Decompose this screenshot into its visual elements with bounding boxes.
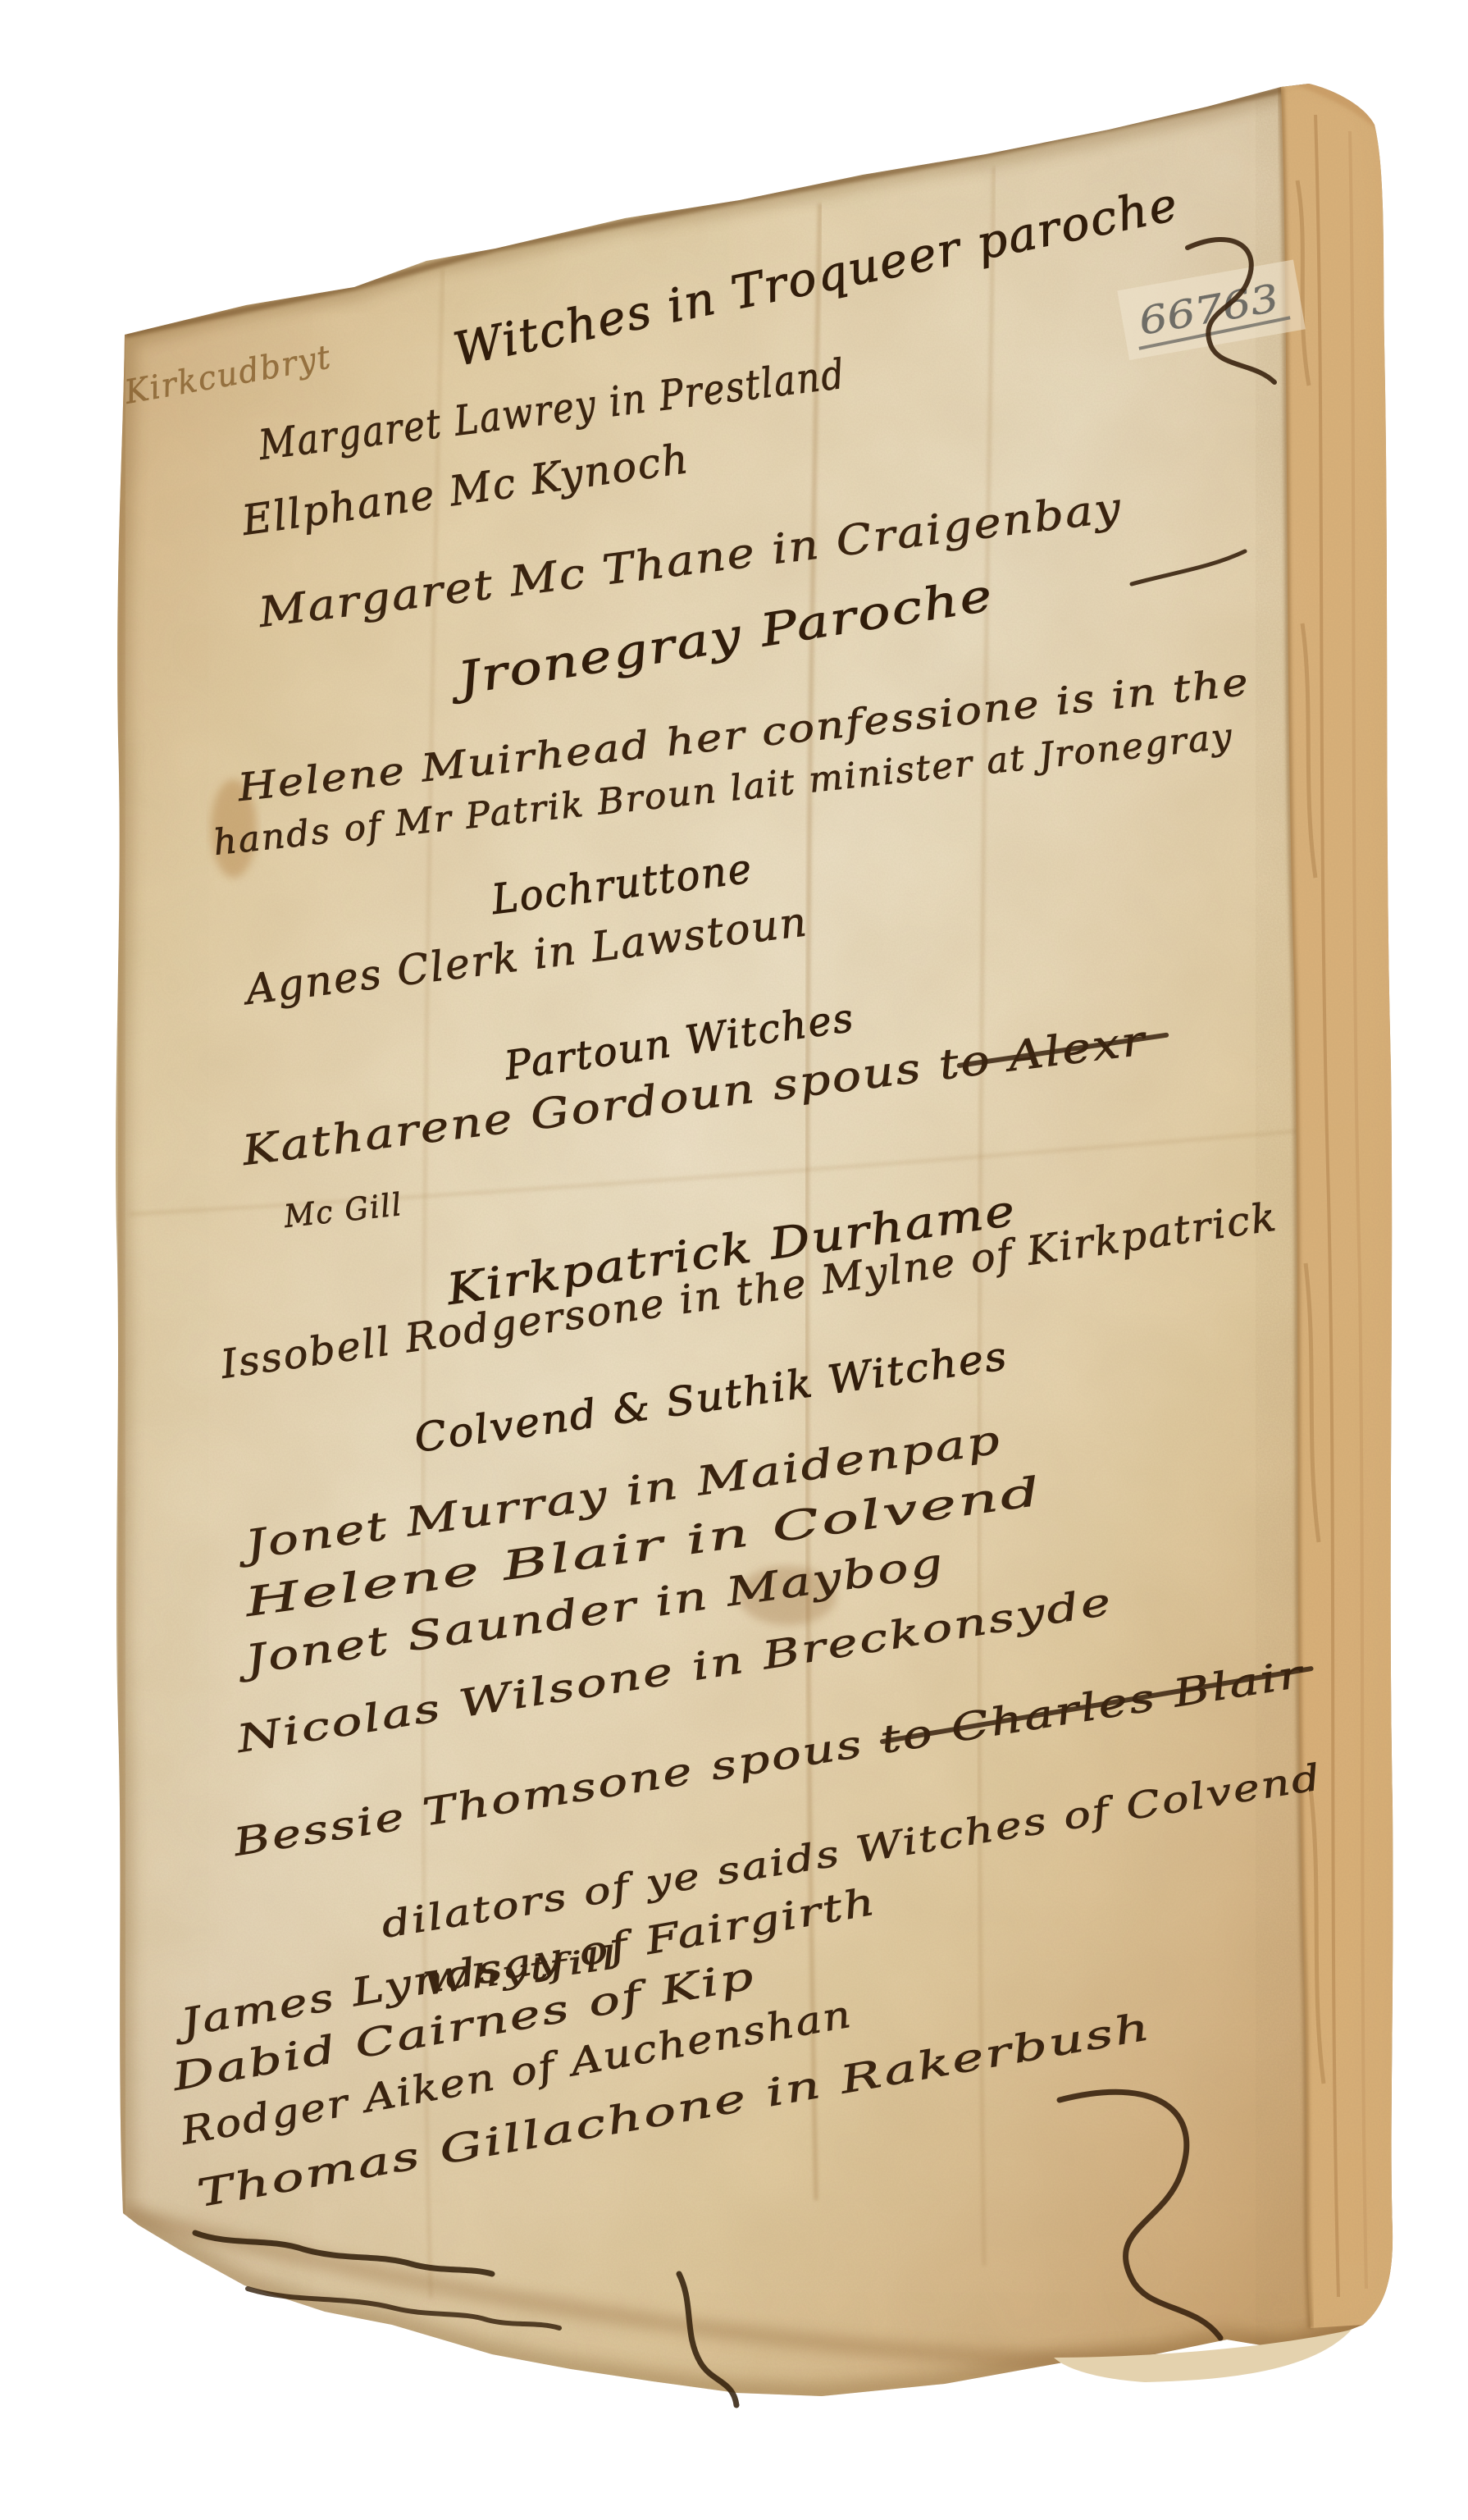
fore-edge [1263, 49, 1411, 2428]
manuscript-photo: 66763 KirkcudbrytWitches in Troqueer par… [0, 0, 1468, 2520]
photo-stage: 66763 KirkcudbrytWitches in Troqueer par… [0, 0, 1468, 2520]
